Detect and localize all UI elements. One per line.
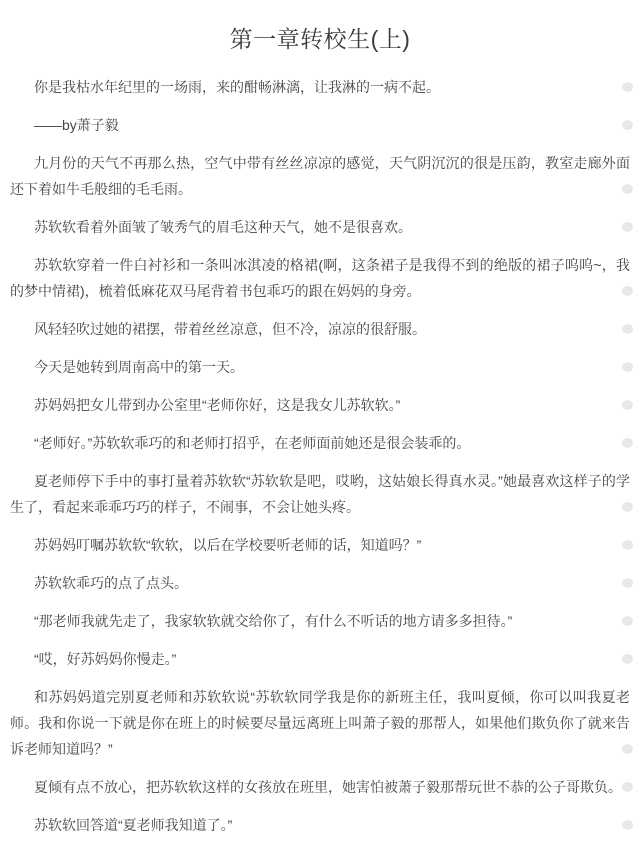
paragraph-text: 苏妈妈叮嘱苏软软“软软，以后在学校要听老师的话，知道吗？” (34, 537, 421, 553)
novel-paragraph: 夏倾有点不放心，把苏软软这样的女孩放在班里，她害怕被萧子毅那帮玩世不恭的公子哥欺… (10, 774, 630, 800)
paragraph-text: “老师好。”苏软软乖巧的和老师打招乎，在老师面前她还是很会装乖的。 (34, 435, 470, 451)
reader-page: 第一章转校生(上) 你是我枯水年纪里的一场雨，来的酣畅淋漓，让我淋的一病不起。 … (0, 0, 640, 850)
paragraph-comment-dot-icon[interactable] (622, 82, 633, 92)
paragraph-text: 夏老师停下手中的事打量着苏软软“苏软软是吧，哎哟，这姑娘长得真水灵。”她最喜欢这… (10, 473, 630, 515)
chapter-title: 第一章转校生(上) (10, 24, 630, 54)
paragraph-comment-dot-icon[interactable] (622, 502, 633, 512)
paragraph-comment-dot-icon[interactable] (622, 400, 633, 410)
paragraph-text: 风轻轻吹过她的裙摆，带着丝丝凉意，但不冷，凉凉的很舒服。 (34, 321, 426, 337)
novel-paragraph: 苏妈妈叮嘱苏软软“软软，以后在学校要听老师的话，知道吗？” (10, 532, 630, 558)
novel-paragraph: 九月份的天气不再那么热，空气中带有丝丝凉凉的感觉，天气阴沉沉的很是压韵，教室走廊… (10, 150, 630, 202)
novel-paragraph: 苏软软回答道“夏老师我知道了。” (10, 812, 630, 838)
novel-paragraph: 苏软软乖巧的点了点头。 (10, 570, 630, 596)
paragraph-comment-dot-icon[interactable] (622, 120, 633, 130)
novel-paragraph: 苏妈妈把女儿带到办公室里“老师你好，这是我女儿苏软软。” (10, 392, 630, 418)
paragraph-text: 苏软软回答道“夏老师我知道了。” (34, 817, 232, 833)
paragraph-text: 苏妈妈把女儿带到办公室里“老师你好，这是我女儿苏软软。” (34, 397, 400, 413)
novel-paragraph: “那老师我就先走了，我家软软就交给你了，有什么不听话的地方请多多担待。” (10, 608, 630, 634)
paragraph-text: 苏软软穿着一件白衬衫和一条叫冰淇凌的格裙(啊，这条裙子是我得不到的绝版的裙子呜呜… (10, 257, 630, 299)
novel-paragraph: 苏软软看着外面皱了皱秀气的眉毛这种天气，她不是很喜欢。 (10, 214, 630, 240)
paragraph-comment-dot-icon[interactable] (622, 286, 633, 296)
novel-paragraph: 和苏妈妈道完别夏老师和苏软软说“苏软软同学我是你的新班主任，我叫夏倾，你可以叫我… (10, 684, 630, 762)
novel-paragraph: ——by萧子毅 (10, 112, 630, 138)
paragraph-comment-dot-icon[interactable] (622, 362, 633, 372)
paragraph-comment-dot-icon[interactable] (622, 616, 633, 626)
paragraph-comment-dot-icon[interactable] (622, 540, 633, 550)
paragraph-text: “那老师我就先走了，我家软软就交给你了，有什么不听话的地方请多多担待。” (34, 613, 512, 629)
paragraph-comment-dot-icon[interactable] (622, 222, 633, 232)
novel-paragraph: 今天是她转到周南高中的第一天。 (10, 354, 630, 380)
paragraph-comment-dot-icon[interactable] (622, 324, 633, 334)
novel-paragraph: 夏老师停下手中的事打量着苏软软“苏软软是吧，哎哟，这姑娘长得真水灵。”她最喜欢这… (10, 468, 630, 520)
paragraph-comment-dot-icon[interactable] (622, 654, 633, 664)
paragraph-text: 夏倾有点不放心，把苏软软这样的女孩放在班里，她害怕被萧子毅那帮玩世不恭的公子哥欺… (34, 779, 622, 795)
paragraph-text: 你是我枯水年纪里的一场雨，来的酣畅淋漓，让我淋的一病不起。 (34, 79, 440, 95)
paragraph-text: 和苏妈妈道完别夏老师和苏软软说“苏软软同学我是你的新班主任，我叫夏倾，你可以叫我… (10, 689, 630, 757)
novel-paragraph: 苏软软穿着一件白衬衫和一条叫冰淇凌的格裙(啊，这条裙子是我得不到的绝版的裙子呜呜… (10, 252, 630, 304)
paragraph-comment-dot-icon[interactable] (622, 782, 633, 792)
paragraph-comment-dot-icon[interactable] (622, 744, 633, 754)
paragraph-text: 今天是她转到周南高中的第一天。 (34, 359, 244, 375)
paragraph-text: ——by萧子毅 (34, 117, 119, 133)
paragraph-comment-dot-icon[interactable] (622, 820, 633, 830)
novel-paragraph: “老师好。”苏软软乖巧的和老师打招乎，在老师面前她还是很会装乖的。 (10, 430, 630, 456)
paragraph-text: 苏软软乖巧的点了点头。 (34, 575, 188, 591)
novel-paragraph: “哎，好苏妈妈你慢走。” (10, 646, 630, 672)
novel-paragraph: 风轻轻吹过她的裙摆，带着丝丝凉意，但不冷，凉凉的很舒服。 (10, 316, 630, 342)
paragraph-comment-dot-icon[interactable] (622, 578, 633, 588)
paragraph-comment-dot-icon[interactable] (622, 184, 633, 194)
novel-paragraph: 你是我枯水年纪里的一场雨，来的酣畅淋漓，让我淋的一病不起。 (10, 74, 630, 100)
paragraph-text: 九月份的天气不再那么热，空气中带有丝丝凉凉的感觉，天气阴沉沉的很是压韵，教室走廊… (10, 155, 630, 197)
paragraph-text: 苏软软看着外面皱了皱秀气的眉毛这种天气，她不是很喜欢。 (34, 219, 412, 235)
paragraph-comment-dot-icon[interactable] (622, 438, 633, 448)
paragraph-text: “哎，好苏妈妈你慢走。” (34, 651, 176, 667)
